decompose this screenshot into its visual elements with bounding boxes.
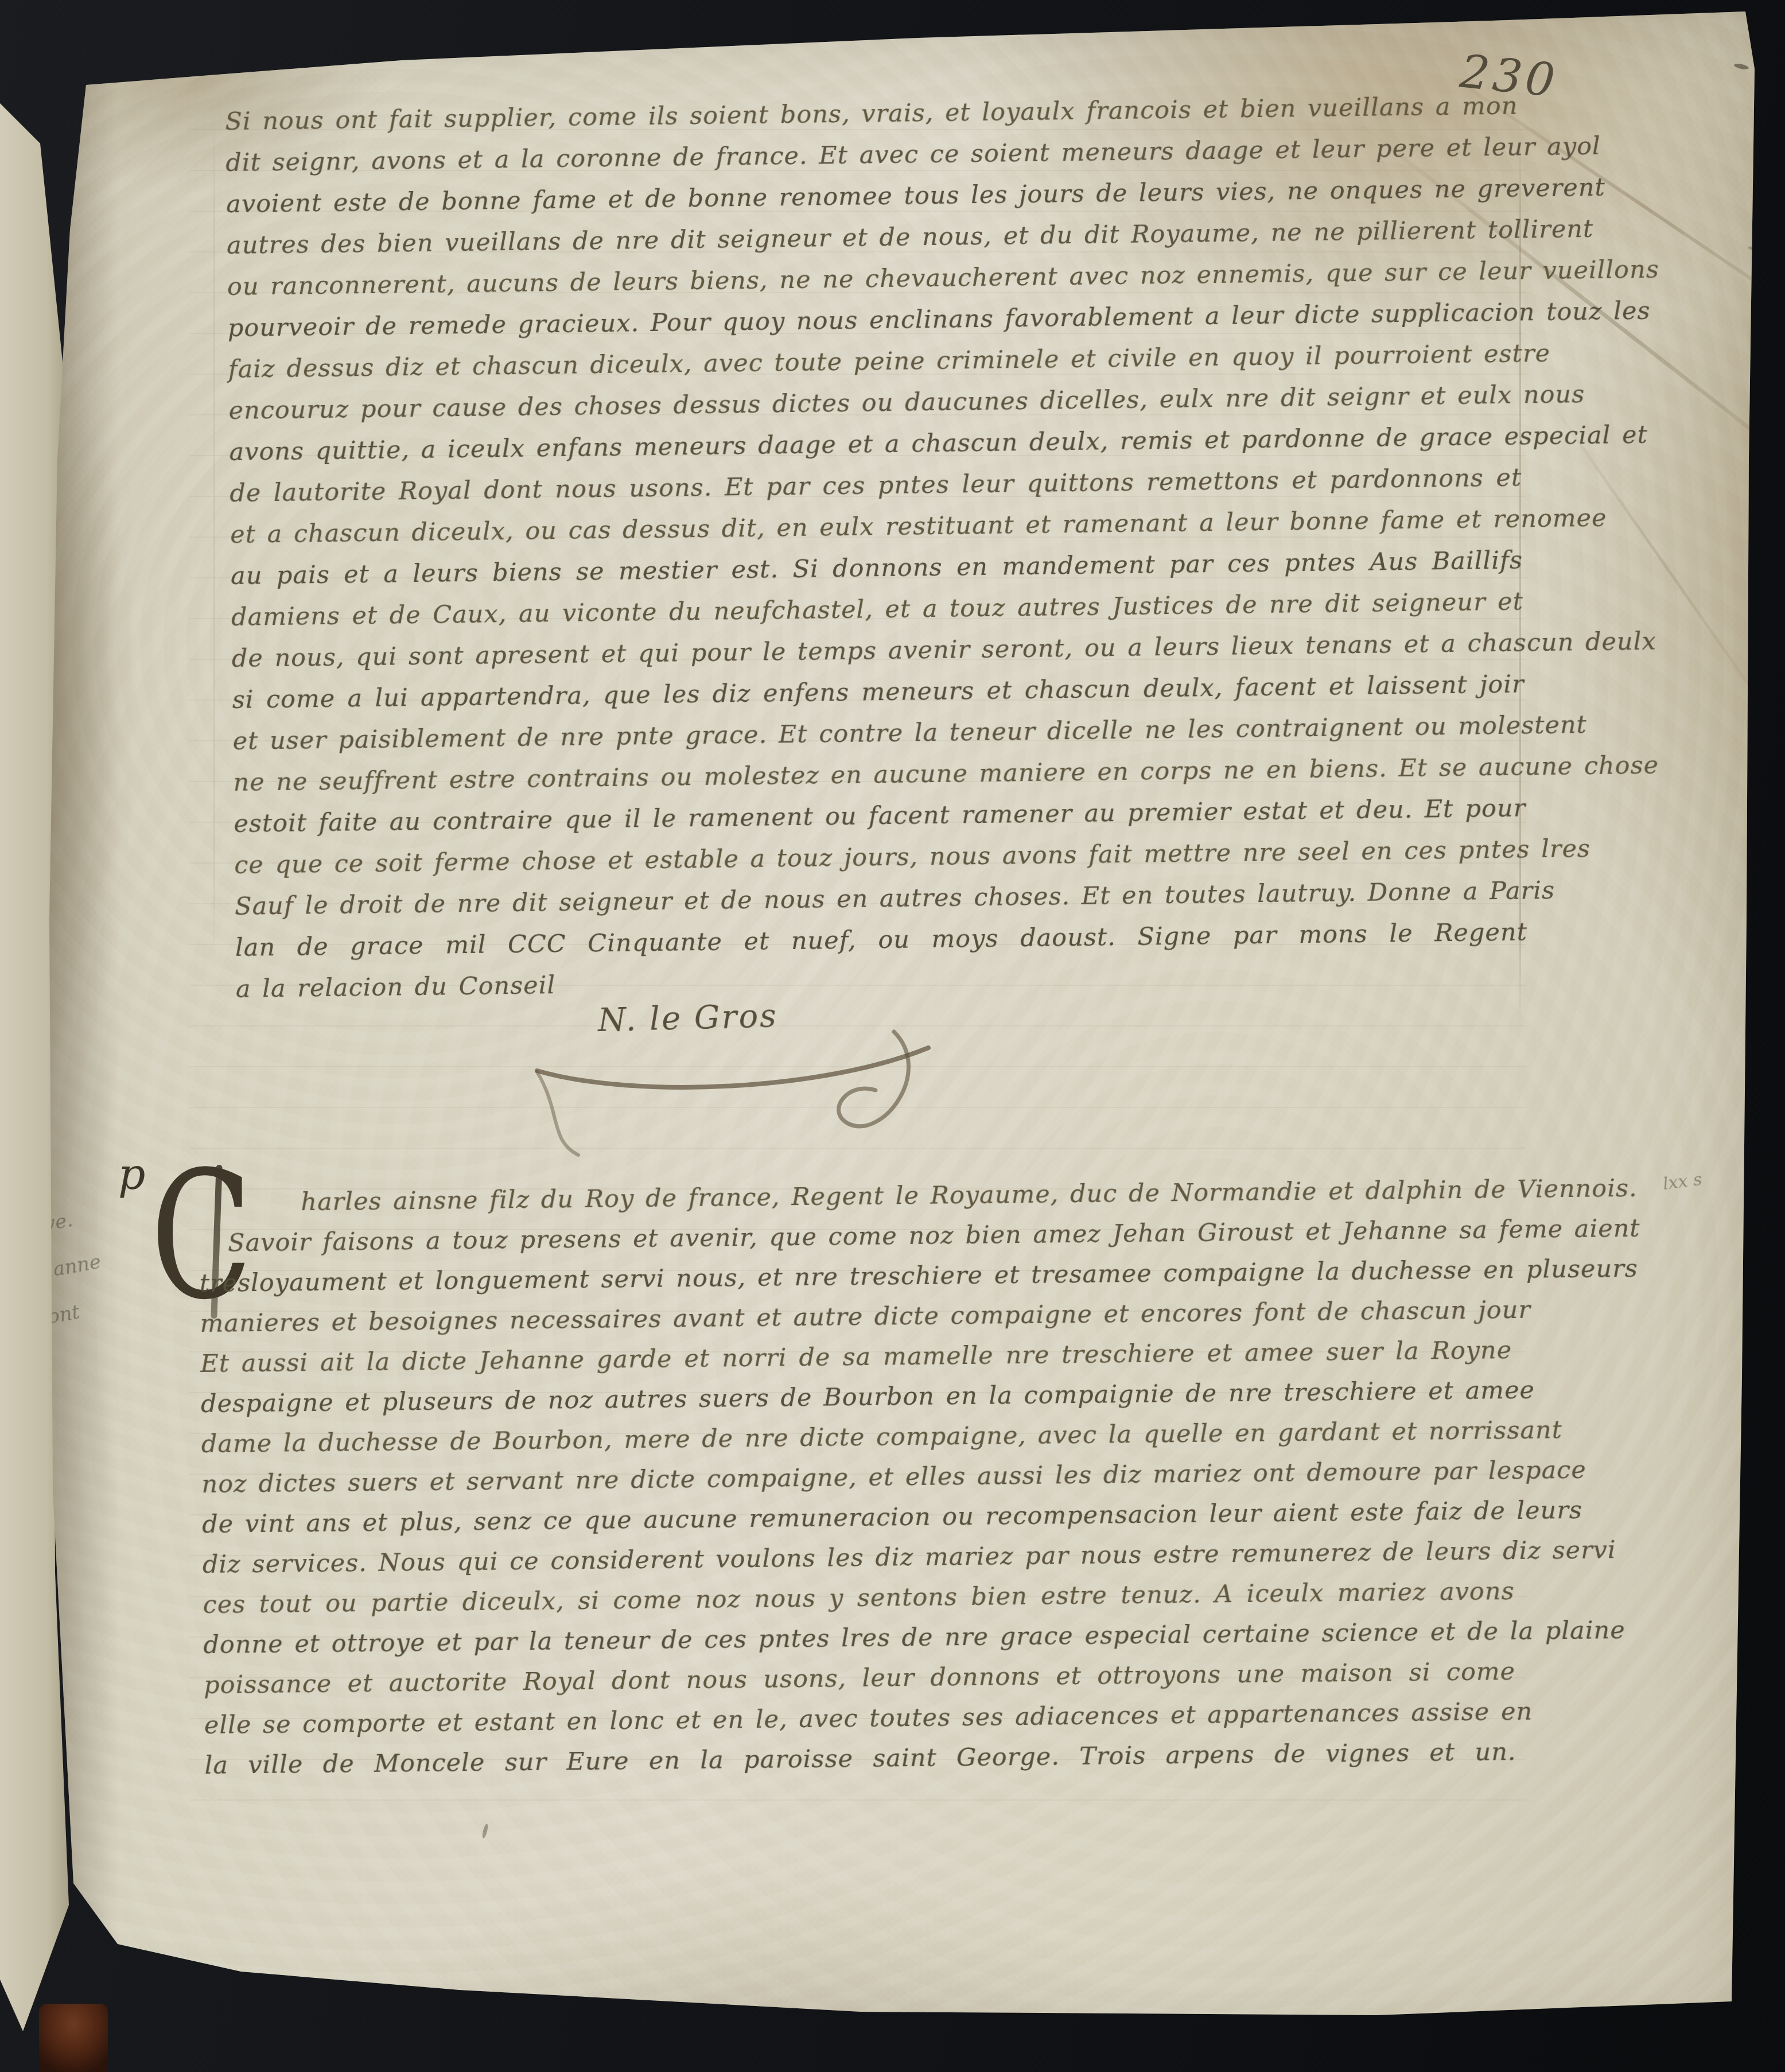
vertical-ruling-left xyxy=(213,109,215,970)
right-margin-note: lxx s xyxy=(1662,1169,1703,1194)
parchment-page: 230 Si nous ont fait supplier, come ils … xyxy=(0,0,1785,2072)
manuscript-photo: 230 Si nous ont fait supplier, come ils … xyxy=(0,0,1785,2072)
signature-flourish xyxy=(527,1026,974,1164)
ink-speck xyxy=(1748,246,1765,252)
act-2-text: harles ainsne filz du Roy de france, Reg… xyxy=(199,1169,1516,1786)
act-1-text: Si nous ont fait supplier, come ils soie… xyxy=(225,85,1528,1009)
binding-leather xyxy=(39,2004,108,2072)
ink-speck xyxy=(1733,63,1749,70)
ink-speck xyxy=(481,1824,489,1839)
